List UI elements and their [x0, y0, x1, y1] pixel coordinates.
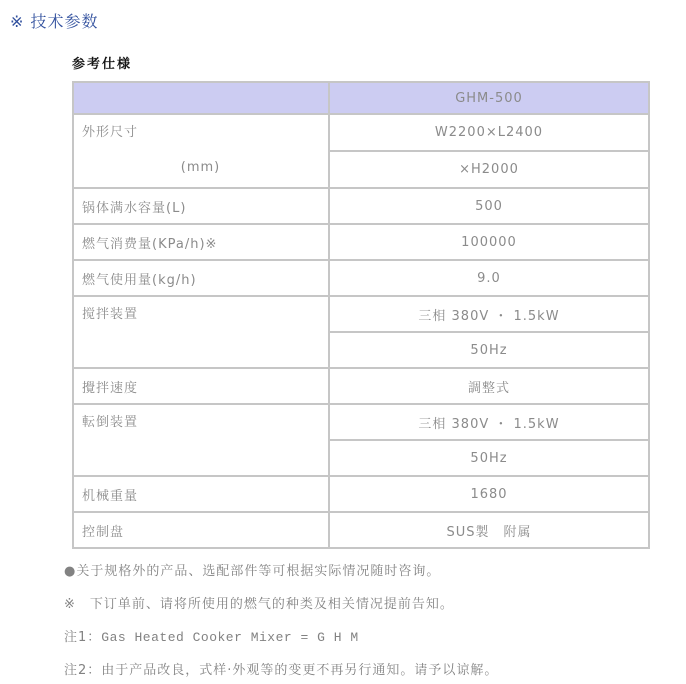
table-row: 机械重量 1680	[73, 476, 649, 512]
tilting-power-value: 三相 380V ・ 1.5kW	[329, 404, 649, 440]
table-row: 搅拌装置 三相 380V ・ 1.5kW	[73, 296, 649, 332]
spec-table: GHM-500 外形尺寸 (mm) W2200×L2400 ×H2000 锅体满…	[72, 81, 650, 549]
mixer-unit-label: 搅拌装置	[74, 298, 327, 332]
table-row: 転倒装置 三相 380V ・ 1.5kW	[73, 404, 649, 440]
gas-consumption-value: 100000	[329, 224, 649, 260]
note-gas-type: ※ 下订单前、请将所使用的燃气的种类及相关情况提前告知。	[64, 595, 686, 614]
row-label-tilting-unit: 転倒装置	[73, 404, 329, 476]
machine-weight-value: 1680	[329, 476, 649, 512]
note-custom-products: ●关于规格外的产品、选配部件等可根据实际情况随时咨询。	[64, 562, 686, 581]
row-label-mixer-unit: 搅拌装置	[73, 296, 329, 368]
gas-usage-value: 9.0	[329, 260, 649, 296]
control-panel-value: SUS製 附属	[329, 512, 649, 548]
dimensions-label: 外形尺寸	[74, 116, 327, 150]
page-title: ※ 技术参数	[10, 9, 686, 32]
spec-page: ※ 技术参数 参考仕様 GHM-500 外形尺寸 (mm) W2200×L240…	[0, 9, 686, 680]
note-1: 注1：Gas Heated Cooker Mixer = G H M	[64, 628, 686, 647]
note-1-acronym: Gas Heated Cooker Mixer = G H M	[101, 630, 358, 645]
table-header-row: GHM-500	[73, 82, 649, 114]
tilting-frequency-value: 50Hz	[329, 440, 649, 476]
row-label-capacity: 锅体满水容量(L)	[73, 188, 329, 224]
note-1-prefix: 注1：	[64, 630, 101, 645]
table-row: 燃气使用量(kg/h) 9.0	[73, 260, 649, 296]
dimensions-unit-label: (mm)	[74, 150, 327, 186]
model-header-cell: GHM-500	[329, 82, 649, 114]
table-row: 燃气消费量(KPa/h)※ 100000	[73, 224, 649, 260]
table-row: 攪拌速度 調整式	[73, 368, 649, 404]
dimensions-value-1: W2200×L2400	[329, 114, 649, 151]
table-row: 外形尺寸 (mm) W2200×L2400	[73, 114, 649, 151]
table-caption: 参考仕様	[72, 53, 686, 72]
mixing-speed-value: 調整式	[329, 368, 649, 404]
note-2: 注2：由于产品改良，式样·外观等的变更不再另行通知。请予以谅解。	[64, 661, 686, 680]
row-label-machine-weight: 机械重量	[73, 476, 329, 512]
row-label-gas-consumption: 燃气消费量(KPa/h)※	[73, 224, 329, 260]
mixer-power-value: 三相 380V ・ 1.5kW	[329, 296, 649, 332]
row-label-mixing-speed: 攪拌速度	[73, 368, 329, 404]
row-label-gas-usage: 燃气使用量(kg/h)	[73, 260, 329, 296]
row-label-control-panel: 控制盘	[73, 512, 329, 548]
capacity-value: 500	[329, 188, 649, 224]
table-row: 控制盘 SUS製 附属	[73, 512, 649, 548]
tilting-unit-label: 転倒装置	[74, 406, 327, 440]
header-empty-cell	[73, 82, 329, 114]
row-label-dimensions: 外形尺寸 (mm)	[73, 114, 329, 188]
dimensions-value-2: ×H2000	[329, 151, 649, 188]
table-row: 锅体满水容量(L) 500	[73, 188, 649, 224]
footnotes: ●关于规格外的产品、选配部件等可根据实际情况随时咨询。 ※ 下订单前、请将所使用…	[64, 562, 686, 680]
mixer-frequency-value: 50Hz	[329, 332, 649, 368]
